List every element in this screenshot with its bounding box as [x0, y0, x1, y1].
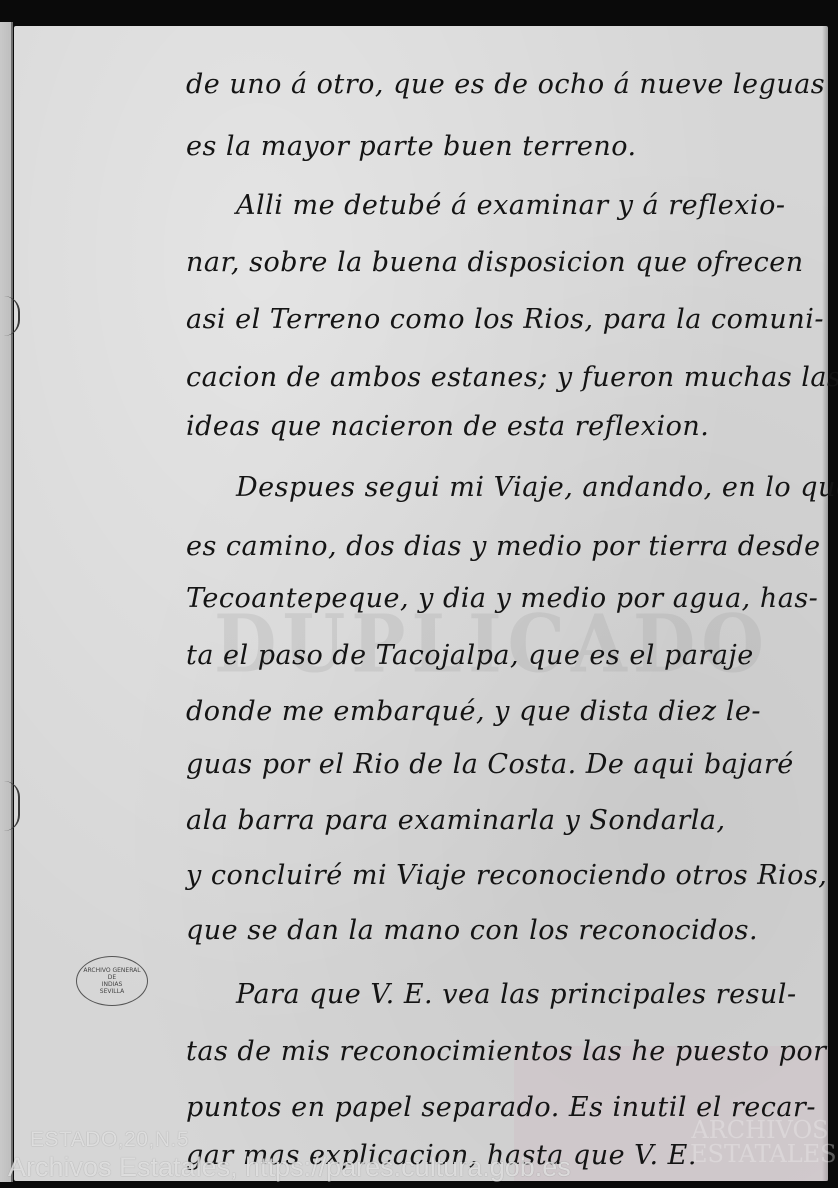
manuscript-text: de uno á otro, que es de ocho á nueve le…	[14, 26, 828, 1181]
text-line: Tecoantepeque, y dia y medio por agua, h…	[186, 583, 818, 614]
text-line: nar, sobre la buena disposicion que ofre…	[186, 247, 804, 278]
text-line: y concluiré mi Viaje reconociendo otros …	[186, 860, 827, 891]
text-line: que se dan la mano con los reconocidos.	[186, 915, 758, 946]
text-line: asi el Terreno como los Rios, para la co…	[186, 304, 824, 335]
text-line: ala barra para examinarla y Sondarla,	[186, 805, 726, 836]
stamp-line: INDIAS	[102, 981, 123, 988]
text-line: ta el paso de Tacojalpa, que es el paraj…	[186, 640, 754, 671]
text-line: Despues segui mi Viaje, andando, en lo q…	[236, 472, 838, 503]
archive-source-url: Archivos Estatales, https://pares.cultur…	[8, 1152, 571, 1183]
binding-line	[11, 22, 13, 1182]
manuscript-page: DUPLICADO de uno á otro, que es de ocho …	[14, 26, 828, 1181]
archive-corner-logo: ARCHIVOS ESTATALES	[690, 1118, 830, 1166]
archive-stamp: ARCHIVO GENERAL DE INDIAS SEVILLA	[76, 956, 148, 1006]
archive-reference: ESTADO,20,N.5	[30, 1128, 189, 1152]
text-line: es camino, dos dias y medio por tierra d…	[186, 531, 821, 562]
text-line: Para que V. E. vea las principales resul…	[236, 979, 797, 1010]
stamp-line: ARCHIVO GENERAL	[83, 967, 140, 974]
text-line: de uno á otro, que es de ocho á nueve le…	[186, 69, 825, 100]
stamp-line: SEVILLA	[100, 988, 124, 995]
text-line: tas de mis reconocimientos las he puesto…	[186, 1036, 826, 1067]
text-line: guas por el Rio de la Costa. De aqui baj…	[186, 749, 794, 780]
text-line: es la mayor parte buen terreno.	[186, 131, 637, 162]
document-scan: DUPLICADO de uno á otro, que es de ocho …	[0, 0, 838, 1188]
text-line: cacion de ambos estanes; y fueron muchas…	[186, 362, 838, 393]
stamp-line: DE	[108, 974, 116, 981]
text-line: Alli me detubé á examinar y á reflexio-	[236, 190, 785, 221]
text-line: donde me embarqué, y que dista diez le-	[186, 696, 761, 727]
text-line: ideas que nacieron de esta reflexion.	[186, 411, 709, 442]
